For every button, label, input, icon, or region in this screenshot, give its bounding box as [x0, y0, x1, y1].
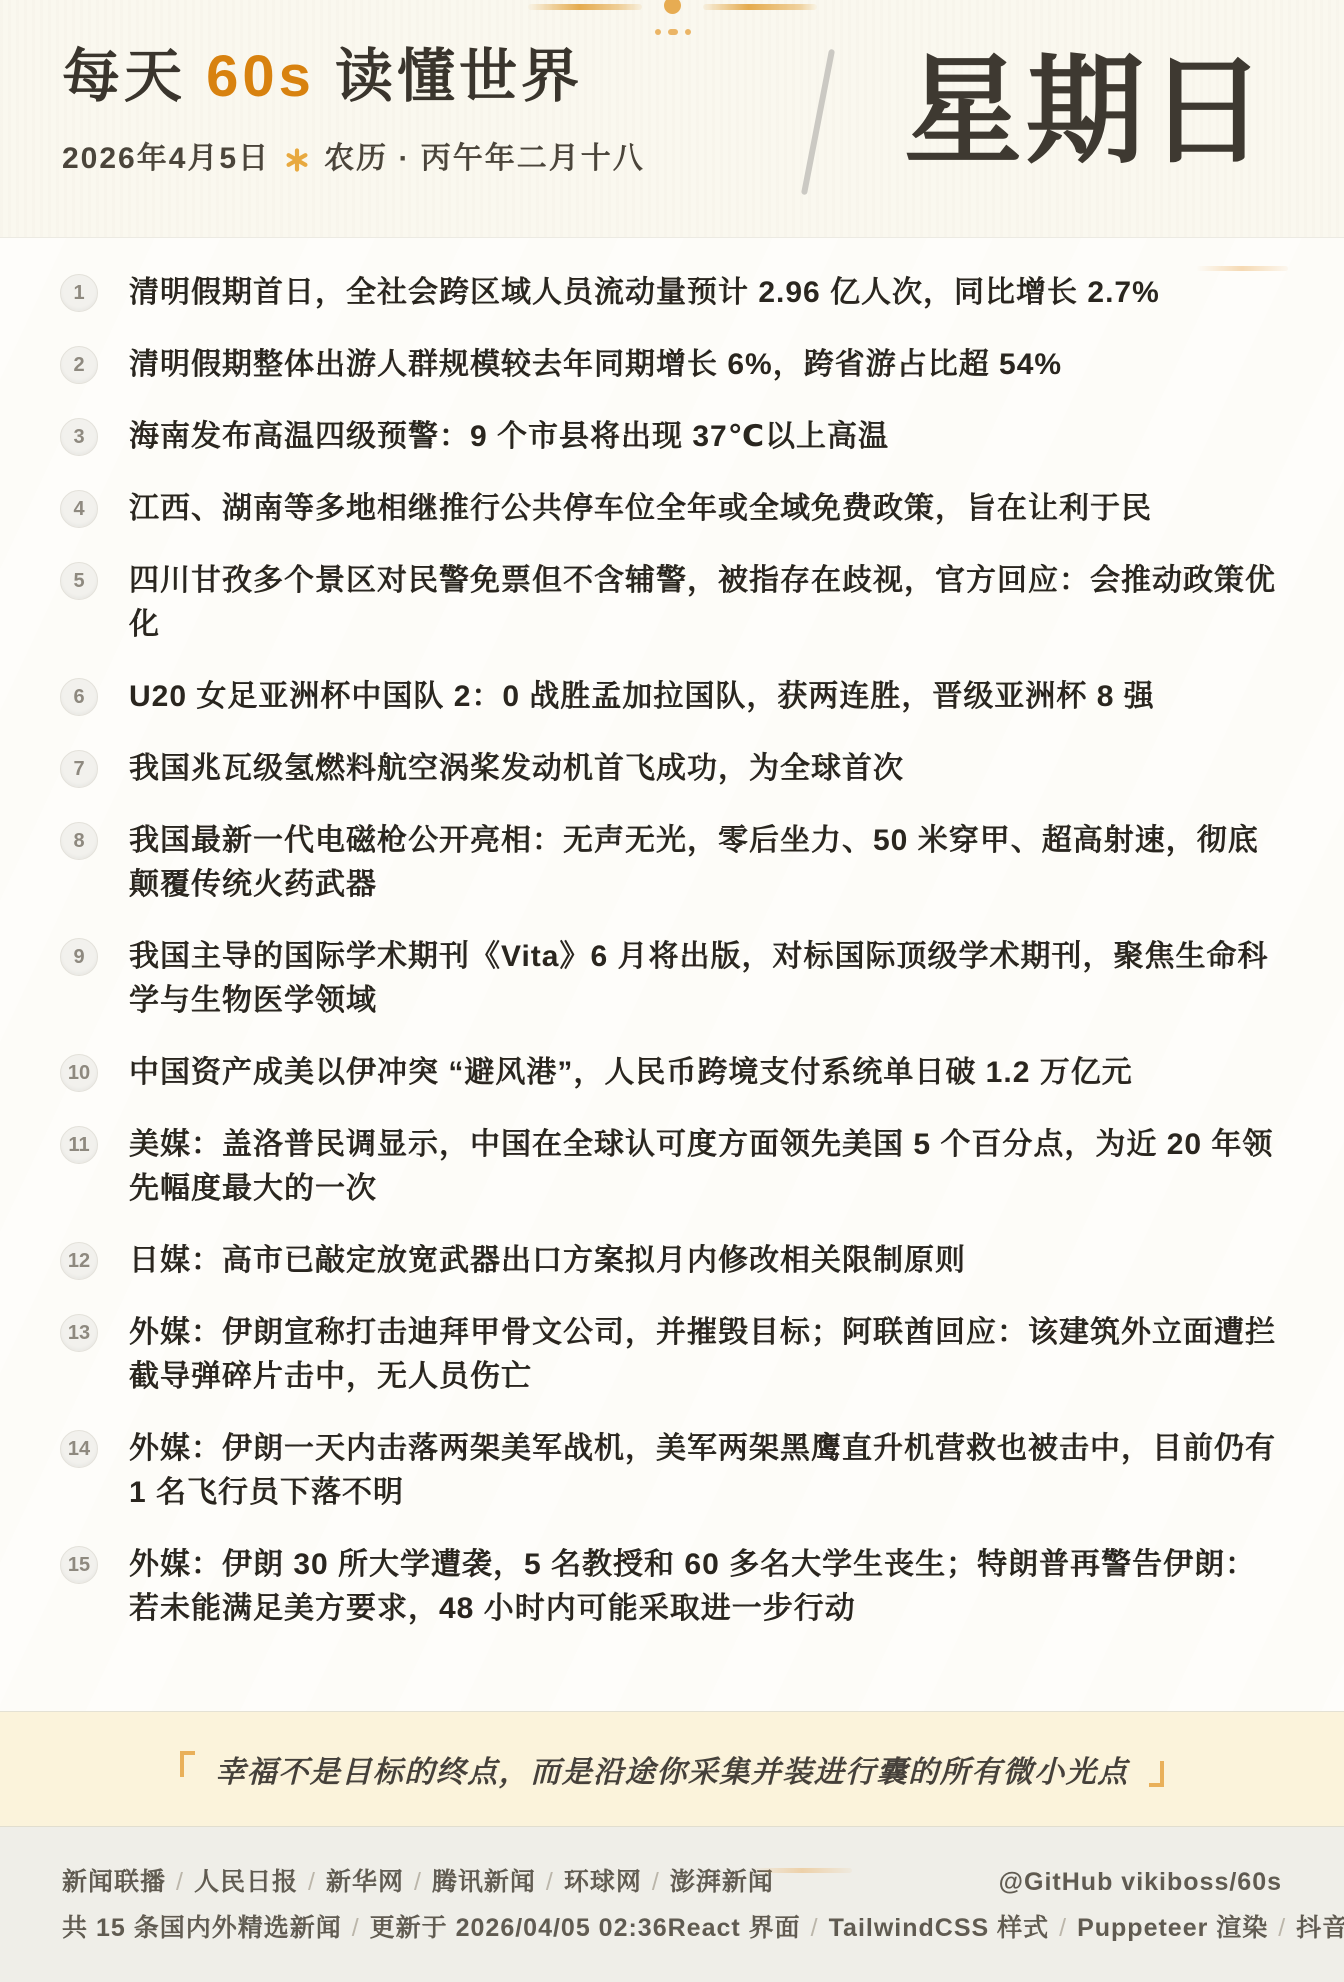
news-item-text: 日媒：高市已敲定放宽武器出口方案拟月内修改相关限制原则 — [129, 1239, 966, 1283]
slash-separator: / — [414, 1868, 422, 1896]
top-divider-line-left — [528, 4, 642, 10]
slash-separator: / — [308, 1868, 316, 1896]
header: 每天 60s 读懂世界 2026年4月5日 农历 · 丙午年二月十八 星期日 — [0, 0, 1344, 237]
slash-separator: / — [811, 1914, 819, 1942]
news-item-text: 我国最新一代电磁枪公开亮相：无声无光，零后坐力、50 米穿甲、超高射速，彻底颠覆… — [129, 819, 1284, 907]
news-item-number-badge: 1 — [60, 274, 98, 312]
news-item-number-badge: 11 — [60, 1126, 98, 1164]
news-list-section: 1 清明假期首日，全社会跨区域人员流动量预计 2.96 亿人次，同比增长 2.7… — [0, 237, 1344, 1712]
quote: 幸福不是目标的终点，而是沿途你采集并装进行囊的所有微小光点 — [180, 1747, 1164, 1791]
news-item-number-badge: 5 — [60, 562, 98, 600]
slash-separator: / — [652, 1868, 660, 1896]
top-divider-line-right — [703, 4, 817, 10]
slash-separator: / — [176, 1868, 184, 1896]
asterisk-icon — [284, 147, 310, 173]
news-sources-list: 新闻联播/人民日报/新华网/腾讯新闻/环球网/澎湃新闻 — [62, 1867, 774, 1897]
news-item-text: 外媒：伊朗一天内击落两架美军战机，美军两架黑鹰直升机营救也被击中，目前仍有 1 … — [129, 1427, 1284, 1515]
news-item-text: 外媒：伊朗宣称打击迪拜甲骨文公司，并摧毁目标；阿联酋回应：该建筑外立面遭拦截导弹… — [129, 1311, 1284, 1399]
footer: 新闻联播/人民日报/新华网/腾讯新闻/环球网/澎湃新闻 @GitHub viki… — [0, 1827, 1344, 1982]
news-item: 9 我国主导的国际学术期刊《Vita》6 月将出版，对标国际顶级学术期刊，聚焦生… — [60, 935, 1284, 1023]
news-item-number-badge: 10 — [60, 1054, 98, 1092]
page-title-suffix: 读懂世界 — [315, 44, 583, 109]
news-item-text: 外媒：伊朗 30 所大学遭袭，5 名教授和 60 多名大学生丧生；特朗普再警告伊… — [129, 1543, 1284, 1631]
news-item-number-badge: 9 — [60, 938, 98, 976]
news-item: 7 我国兆瓦级氢燃料航空涡桨发动机首飞成功，为全球首次 — [60, 747, 1284, 791]
news-item-number-badge: 13 — [60, 1314, 98, 1352]
news-item-text: 我国主导的国际学术期刊《Vita》6 月将出版，对标国际顶级学术期刊，聚焦生命科… — [129, 935, 1284, 1023]
slash-divider — [801, 49, 835, 195]
tech-stack-list: React 界面/TailwindCSS 样式/Puppeteer 渲染/抖音美… — [668, 1913, 1344, 1943]
news-item: 3 海南发布高温四级预警：9 个市县将出现 37℃以上高温 — [60, 415, 1284, 459]
news-item: 6 U20 女足亚洲杯中国队 2：0 战胜孟加拉国队，获两连胜，晋级亚洲杯 8 … — [60, 675, 1284, 719]
news-item: 13 外媒：伊朗宣称打击迪拜甲骨文公司，并摧毁目标；阿联酋回应：该建筑外立面遭拦… — [60, 1311, 1284, 1399]
news-item-text: 四川甘孜多个景区对民警免票但不含辅警，被指存在歧视，官方回应：会推动政策优化 — [129, 559, 1284, 647]
news-item-text: 美媒：盖洛普民调显示，中国在全球认可度方面领先美国 5 个百分点，为近 20 年… — [129, 1123, 1284, 1211]
news-item-text: 江西、湖南等多地相继推行公共停车位全年或全域免费政策，旨在让利于民 — [129, 487, 1152, 531]
news-item-text: 清明假期整体出游人群规模较去年同期增长 6%，跨省游占比超 54% — [129, 343, 1062, 387]
news-item: 4 江西、湖南等多地相继推行公共停车位全年或全域免费政策，旨在让利于民 — [60, 487, 1284, 531]
top-divider-circle-icon — [664, 0, 681, 14]
footer-row-1: 新闻联播/人民日报/新华网/腾讯新闻/环球网/澎湃新闻 @GitHub viki… — [62, 1867, 1282, 1897]
page-title-highlight: 60s — [206, 44, 315, 109]
news-item-number-badge: 4 — [60, 490, 98, 528]
news-item-text: 我国兆瓦级氢燃料航空涡桨发动机首飞成功，为全球首次 — [129, 747, 904, 791]
news-item: 15 外媒：伊朗 30 所大学遭袭，5 名教授和 60 多名大学生丧生；特朗普再… — [60, 1543, 1284, 1631]
news-item: 14 外媒：伊朗一天内击落两架美军战机，美军两架黑鹰直升机营救也被击中，目前仍有… — [60, 1427, 1284, 1515]
news-item-number-badge: 15 — [60, 1546, 98, 1584]
news-item-text: 中国资产成美以伊冲突 “避风港”，人民币跨境支付系统单日破 1.2 万亿元 — [129, 1051, 1133, 1095]
github-handle-link[interactable]: @GitHub vikiboss/60s — [999, 1867, 1282, 1897]
lunar-date: 农历 · 丙午年二月十八 — [324, 139, 645, 179]
news-item-number-badge: 14 — [60, 1430, 98, 1468]
quote-section: 幸福不是目标的终点，而是沿途你采集并装进行囊的所有微小光点 — [0, 1712, 1344, 1827]
news-item-number-badge: 2 — [60, 346, 98, 384]
news-item-text: 清明假期首日，全社会跨区域人员流动量预计 2.96 亿人次，同比增长 2.7% — [129, 271, 1160, 315]
news-item: 12 日媒：高市已敲定放宽武器出口方案拟月内修改相关限制原则 — [60, 1239, 1284, 1283]
news-item-text: 海南发布高温四级预警：9 个市县将出现 37℃以上高温 — [129, 415, 889, 459]
slash-separator: / — [352, 1914, 360, 1942]
page-title-prefix: 每天 — [62, 44, 206, 109]
news-item: 8 我国最新一代电磁枪公开亮相：无声无光，零后坐力、50 米穿甲、超高射速，彻底… — [60, 819, 1284, 907]
page-title: 每天 60s 读懂世界 — [62, 44, 583, 110]
news-item-number-badge: 8 — [60, 822, 98, 860]
quote-close-bracket-icon — [1149, 1761, 1164, 1787]
news-item: 11 美媒：盖洛普民调显示，中国在全球认可度方面领先美国 5 个百分点，为近 2… — [60, 1123, 1284, 1211]
date-row: 2026年4月5日 农历 · 丙午年二月十八 — [62, 139, 645, 179]
news-item: 2 清明假期整体出游人群规模较去年同期增长 6%，跨省游占比超 54% — [60, 343, 1284, 387]
news-summary-meta: 共 15 条国内外精选新闻/更新于 2026/04/05 02:36 — [62, 1913, 668, 1943]
top-dots-ornament — [655, 29, 691, 35]
footer-row-2: 共 15 条国内外精选新闻/更新于 2026/04/05 02:36 React… — [62, 1913, 1282, 1943]
news-item-number-badge: 3 — [60, 418, 98, 456]
news-item-text: U20 女足亚洲杯中国队 2：0 战胜孟加拉国队，获两连胜，晋级亚洲杯 8 强 — [129, 675, 1155, 719]
quote-text: 幸福不是目标的终点，而是沿途你采集并装进行囊的所有微小光点 — [215, 1747, 1129, 1791]
news-item: 1 清明假期首日，全社会跨区域人员流动量预计 2.96 亿人次，同比增长 2.7… — [60, 271, 1284, 315]
news-item-number-badge: 12 — [60, 1242, 98, 1280]
news-item-number-badge: 6 — [60, 678, 98, 716]
news-item-number-badge: 7 — [60, 750, 98, 788]
news-digest-page: 每天 60s 读懂世界 2026年4月5日 农历 · 丙午年二月十八 星期日 1 — [0, 0, 1344, 1982]
news-list: 1 清明假期首日，全社会跨区域人员流动量预计 2.96 亿人次，同比增长 2.7… — [60, 271, 1284, 1631]
slash-separator: / — [1278, 1914, 1286, 1942]
news-item: 5 四川甘孜多个景区对民警免票但不含辅警，被指存在歧视，官方回应：会推动政策优化 — [60, 559, 1284, 647]
quote-open-bracket-icon — [180, 1751, 195, 1777]
news-item: 10 中国资产成美以伊冲突 “避风港”，人民币跨境支付系统单日破 1.2 万亿元 — [60, 1051, 1284, 1095]
weekday-label: 星期日 — [904, 52, 1270, 172]
slash-separator: / — [546, 1868, 554, 1896]
gregorian-date: 2026年4月5日 — [62, 139, 270, 179]
slash-separator: / — [1059, 1914, 1067, 1942]
